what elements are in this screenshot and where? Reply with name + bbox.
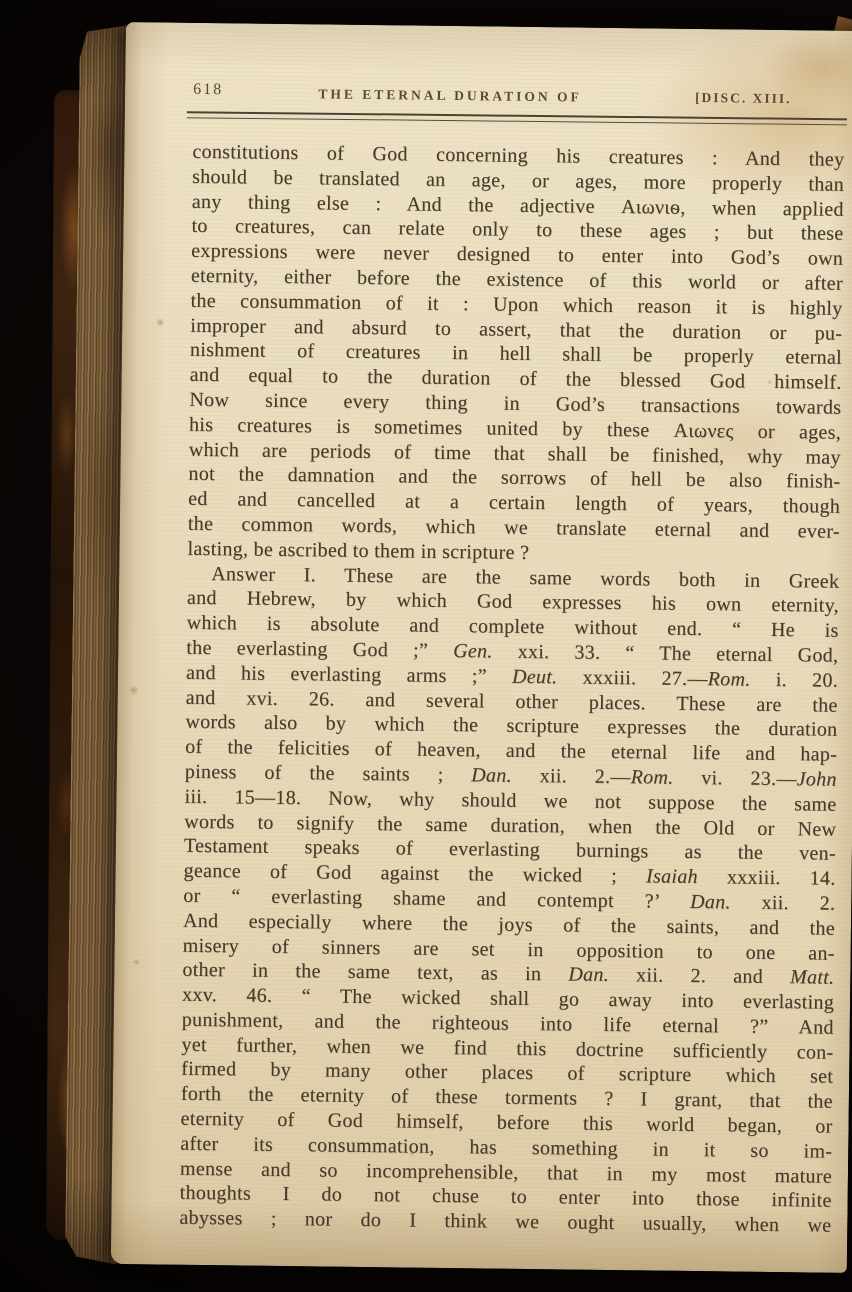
book-page: 618 THE ETERNAL DURATION OF [DISC. XIII.… bbox=[111, 22, 852, 1273]
scanned-book-photo: 618 THE ETERNAL DURATION OF [DISC. XIII.… bbox=[0, 0, 852, 1292]
running-title: THE ETERNAL DURATION OF bbox=[275, 86, 625, 106]
page-number: 618 bbox=[193, 81, 223, 99]
body-text: constitutions of God concerning his crea… bbox=[179, 140, 844, 1239]
header-double-rule bbox=[187, 111, 847, 125]
section-label: [DISC. XIII. bbox=[695, 90, 792, 107]
